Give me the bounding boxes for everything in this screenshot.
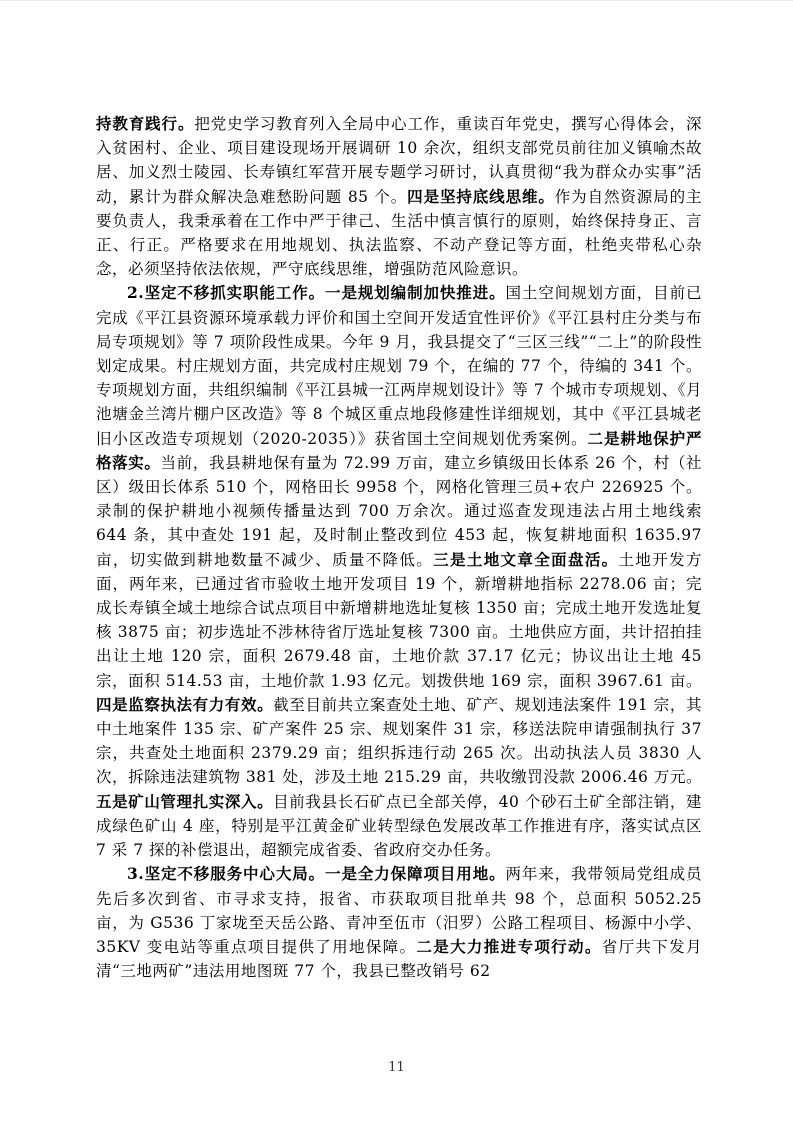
emphasis-text-run: 3.坚定不移服务中心大局。一是全力保障项目用地。 bbox=[127, 864, 506, 883]
page-number: 11 bbox=[388, 1060, 405, 1075]
text-run: 土地开发方面，两年来，已通过省市验收土地开发项目 19 个，新增耕地指标 227… bbox=[96, 551, 702, 690]
page-footer: 11 bbox=[0, 1058, 793, 1078]
paragraph: 持教育践行。把党史学习教育列入全局中心工作，重读百年党史，撰写心得体会，深入贫困… bbox=[96, 112, 702, 281]
paragraph: 3.坚定不移服务中心大局。一是全力保障项目用地。两年来，我带领局党组成员先后多次… bbox=[96, 862, 702, 983]
emphasis-text-run: 持教育践行。 bbox=[96, 114, 194, 133]
emphasis-text-run: 三是土地文章全面盘活。 bbox=[433, 550, 618, 569]
text-run: 国土空间规划方面，目前已完成《平江县资源环境承载力评价和国土空间开发适宜性评价》… bbox=[96, 284, 702, 447]
emphasis-text-run: 四是监察执法有力有效。 bbox=[96, 695, 273, 714]
document-body: 持教育践行。把党史学习教育列入全局中心工作，重读百年党史，撰写心得体会，深入贫困… bbox=[96, 112, 702, 983]
emphasis-text-run: 五是矿山管理扎实深入。 bbox=[96, 792, 273, 811]
document-page: 持教育践行。把党史学习教育列入全局中心工作，重读百年党史，撰写心得体会，深入贫困… bbox=[0, 0, 793, 1122]
paragraph: 2.坚定不移抓实职能工作。一是规划编制加快推进。国土空间规划方面，目前已完成《平… bbox=[96, 281, 702, 862]
emphasis-text-run: 二是大力推进专项行动。 bbox=[416, 937, 601, 956]
emphasis-text-run: 四是坚持底线思维。 bbox=[407, 187, 555, 206]
emphasis-text-run: 2.坚定不移抓实职能工作。一是规划编制加快推进。 bbox=[127, 283, 506, 302]
